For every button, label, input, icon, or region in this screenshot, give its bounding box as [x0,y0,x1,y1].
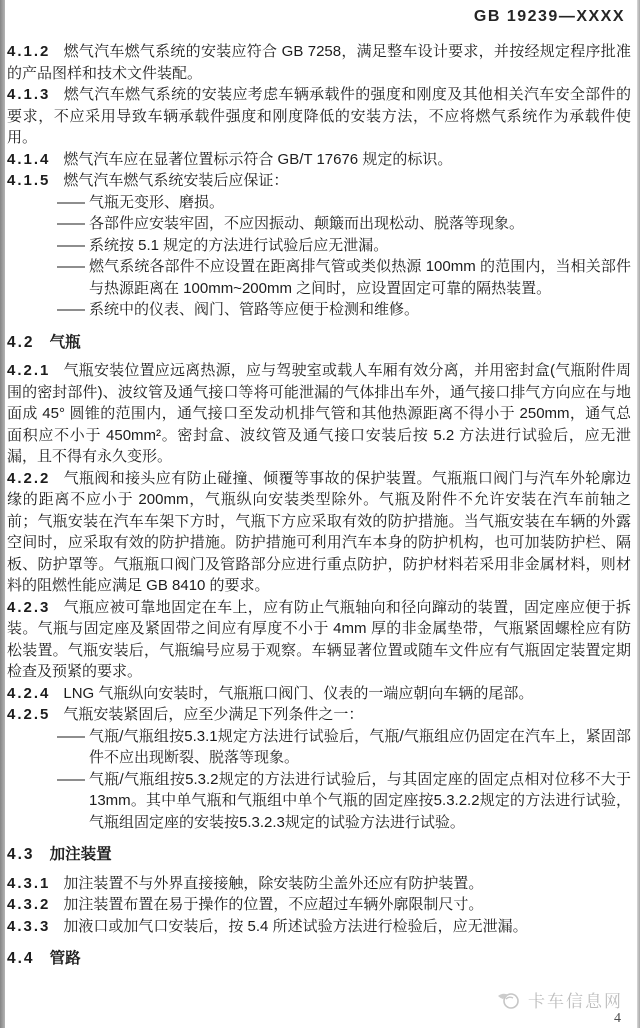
dash-marker: —— [57,769,89,834]
clause-text: 加注装置不与外界直接接触，除安装防尘盖外还应有防护装置。 [63,875,483,892]
dash-list-item: ——系统中的仪表、阀门、管路等应便于检测和维修。 [57,299,631,321]
clause-number: 4.3.2 [7,896,50,913]
clause-number: 4.3.3 [7,918,50,935]
dash-list-item: ——燃气系统各部件不应设置在距离排气管或类似热源 100mm 的范围内，当相关部… [57,256,631,299]
clause-text: 气瓶应被可靠地固定在车上，应有防止气瓶轴向和径向蹿动的装置，固定座应便于拆装。气… [7,599,631,681]
section-title: 加注装置 [50,846,112,863]
dash-marker: —— [57,235,89,257]
dash-marker: —— [57,192,89,214]
document-body: 4.1.2燃气汽车燃气系统的安装应符合 GB 7258，满足整车设计要求，并按经… [7,41,631,977]
section-heading: 4.4管路 [7,948,631,970]
clause-number: 4.2.3 [7,599,50,616]
clause-text: 燃气汽车应在显著位置标示符合 GB/T 17676 规定的标识。 [63,151,452,168]
dash-list-item: ——各部件应安装牢固，不应因振动、颠簸而出现松动、脱落等现象。 [57,213,631,235]
clause-paragraph: 4.2.1气瓶安装位置应远离热源，应与驾驶室或载人车厢有效分离，并用密封盒(气瓶… [7,360,631,468]
clause-number: 4.2.5 [7,706,50,723]
clause-text: 加液口或加气口安装后，按 5.4 所述试验方法进行检验后，应无泄漏。 [63,918,527,935]
truck-logo-icon [497,990,521,1010]
clause-number: 4.1.2 [7,43,50,60]
clause-number: 4.1.5 [7,172,50,189]
clause-paragraph: 4.2.4LNG 气瓶纵向安装时，气瓶瓶口阀门、仪表的一端应朝向车辆的尾部。 [7,683,631,705]
doc-code: GB 19239—XXXX [474,8,625,26]
dash-marker: —— [57,213,89,235]
page-number: 4 [614,1011,621,1027]
clause-paragraph: 4.2.3气瓶应被可靠地固定在车上，应有防止气瓶轴向和径向蹿动的装置，固定座应便… [7,597,631,683]
scan-edge-left [0,0,5,1028]
dash-list-item: ——系统按 5.1 规定的方法进行试验后应无泄漏。 [57,235,631,257]
section-title: 管路 [50,950,81,967]
dash-list-item: ——气瓶无变形、磨损。 [57,192,631,214]
dash-list-item: ——气瓶/气瓶组按5.3.1规定方法进行试验后，气瓶/气瓶组应仍固定在汽车上，紧… [57,726,631,769]
clause-text: 加注装置布置在易于操作的位置，不应超过车辆外廓限制尺寸。 [63,896,483,913]
clause-paragraph: 4.1.5燃气汽车燃气系统安装后应保证： [7,170,631,192]
clause-paragraph: 4.1.4燃气汽车应在显著位置标示符合 GB/T 17676 规定的标识。 [7,149,631,171]
clause-paragraph: 4.3.1加注装置不与外界直接接触，除安装防尘盖外还应有防护装置。 [7,873,631,895]
dash-marker: —— [57,256,89,299]
dash-item-text: 系统中的仪表、阀门、管路等应便于检测和维修。 [89,299,631,321]
watermark-text: 卡车信息网 [528,987,623,1012]
clause-text: 气瓶安装位置应远离热源，应与驾驶室或载人车厢有效分离，并用密封盒(气瓶附件周围的… [7,362,631,465]
clause-text: 气瓶阀和接头应有防止碰撞、倾覆等事故的保护装置。气瓶瓶口阀门与汽车外轮廓边缘的距… [7,470,631,595]
dash-item-text: 气瓶/气瓶组按5.3.2规定的方法进行试验后，与其固定座的固定点相对位移不大于1… [89,769,631,834]
dash-item-text: 系统按 5.1 规定的方法进行试验后应无泄漏。 [89,235,631,257]
dash-item-text: 气瓶/气瓶组按5.3.1规定方法进行试验后，气瓶/气瓶组应仍固定在汽车上，紧固部… [89,726,631,769]
clause-text: 燃气汽车燃气系统的安装应考虑车辆承载件的强度和刚度及其他相关汽车安全部件的要求，… [7,86,631,146]
clause-text: 燃气汽车燃气系统安装后应保证： [63,172,288,189]
clause-text: LNG 气瓶纵向安装时，气瓶瓶口阀门、仪表的一端应朝向车辆的尾部。 [63,685,533,702]
clause-text: 气瓶安装紧固后，应至少满足下列条件之一： [63,706,363,723]
section-title: 气瓶 [50,334,81,351]
clause-text: 燃气汽车燃气系统的安装应符合 GB 7258，满足整车设计要求，并按经规定程序批… [7,43,631,82]
clause-number: 4.2.4 [7,685,50,702]
clause-number: 4.3.1 [7,875,50,892]
dash-item-text: 燃气系统各部件不应设置在距离排气管或类似热源 100mm 的范围内，当相关部件与… [89,256,631,299]
dash-item-text: 各部件应安装牢固，不应因振动、颠簸而出现松动、脱落等现象。 [89,213,631,235]
clause-paragraph: 4.2.2气瓶阀和接头应有防止碰撞、倾覆等事故的保护装置。气瓶瓶口阀门与汽车外轮… [7,468,631,597]
clause-number: 4.1.4 [7,151,50,168]
clause-number: 4.1.3 [7,86,50,103]
section-number: 4.2 [7,334,35,351]
dash-marker: —— [57,726,89,769]
clause-number: 4.2.1 [7,362,50,379]
dash-list-item: ——气瓶/气瓶组按5.3.2规定的方法进行试验后，与其固定座的固定点相对位移不大… [57,769,631,834]
clause-paragraph: 4.3.3加液口或加气口安装后，按 5.4 所述试验方法进行检验后，应无泄漏。 [7,916,631,938]
section-number: 4.4 [7,950,35,967]
clause-paragraph: 4.1.2燃气汽车燃气系统的安装应符合 GB 7258，满足整车设计要求，并按经… [7,41,631,84]
clause-paragraph: 4.3.2加注装置布置在易于操作的位置，不应超过车辆外廓限制尺寸。 [7,894,631,916]
section-heading: 4.3加注装置 [7,844,631,866]
dash-marker: —— [57,299,89,321]
clause-paragraph: 4.1.3燃气汽车燃气系统的安装应考虑车辆承载件的强度和刚度及其他相关汽车安全部… [7,84,631,149]
dash-item-text: 气瓶无变形、磨损。 [89,192,631,214]
clause-paragraph: 4.2.5气瓶安装紧固后，应至少满足下列条件之一： [7,704,631,726]
section-number: 4.3 [7,846,35,863]
watermark: 卡车信息网 [497,987,623,1012]
section-heading: 4.2气瓶 [7,332,631,354]
clause-number: 4.2.2 [7,470,50,487]
